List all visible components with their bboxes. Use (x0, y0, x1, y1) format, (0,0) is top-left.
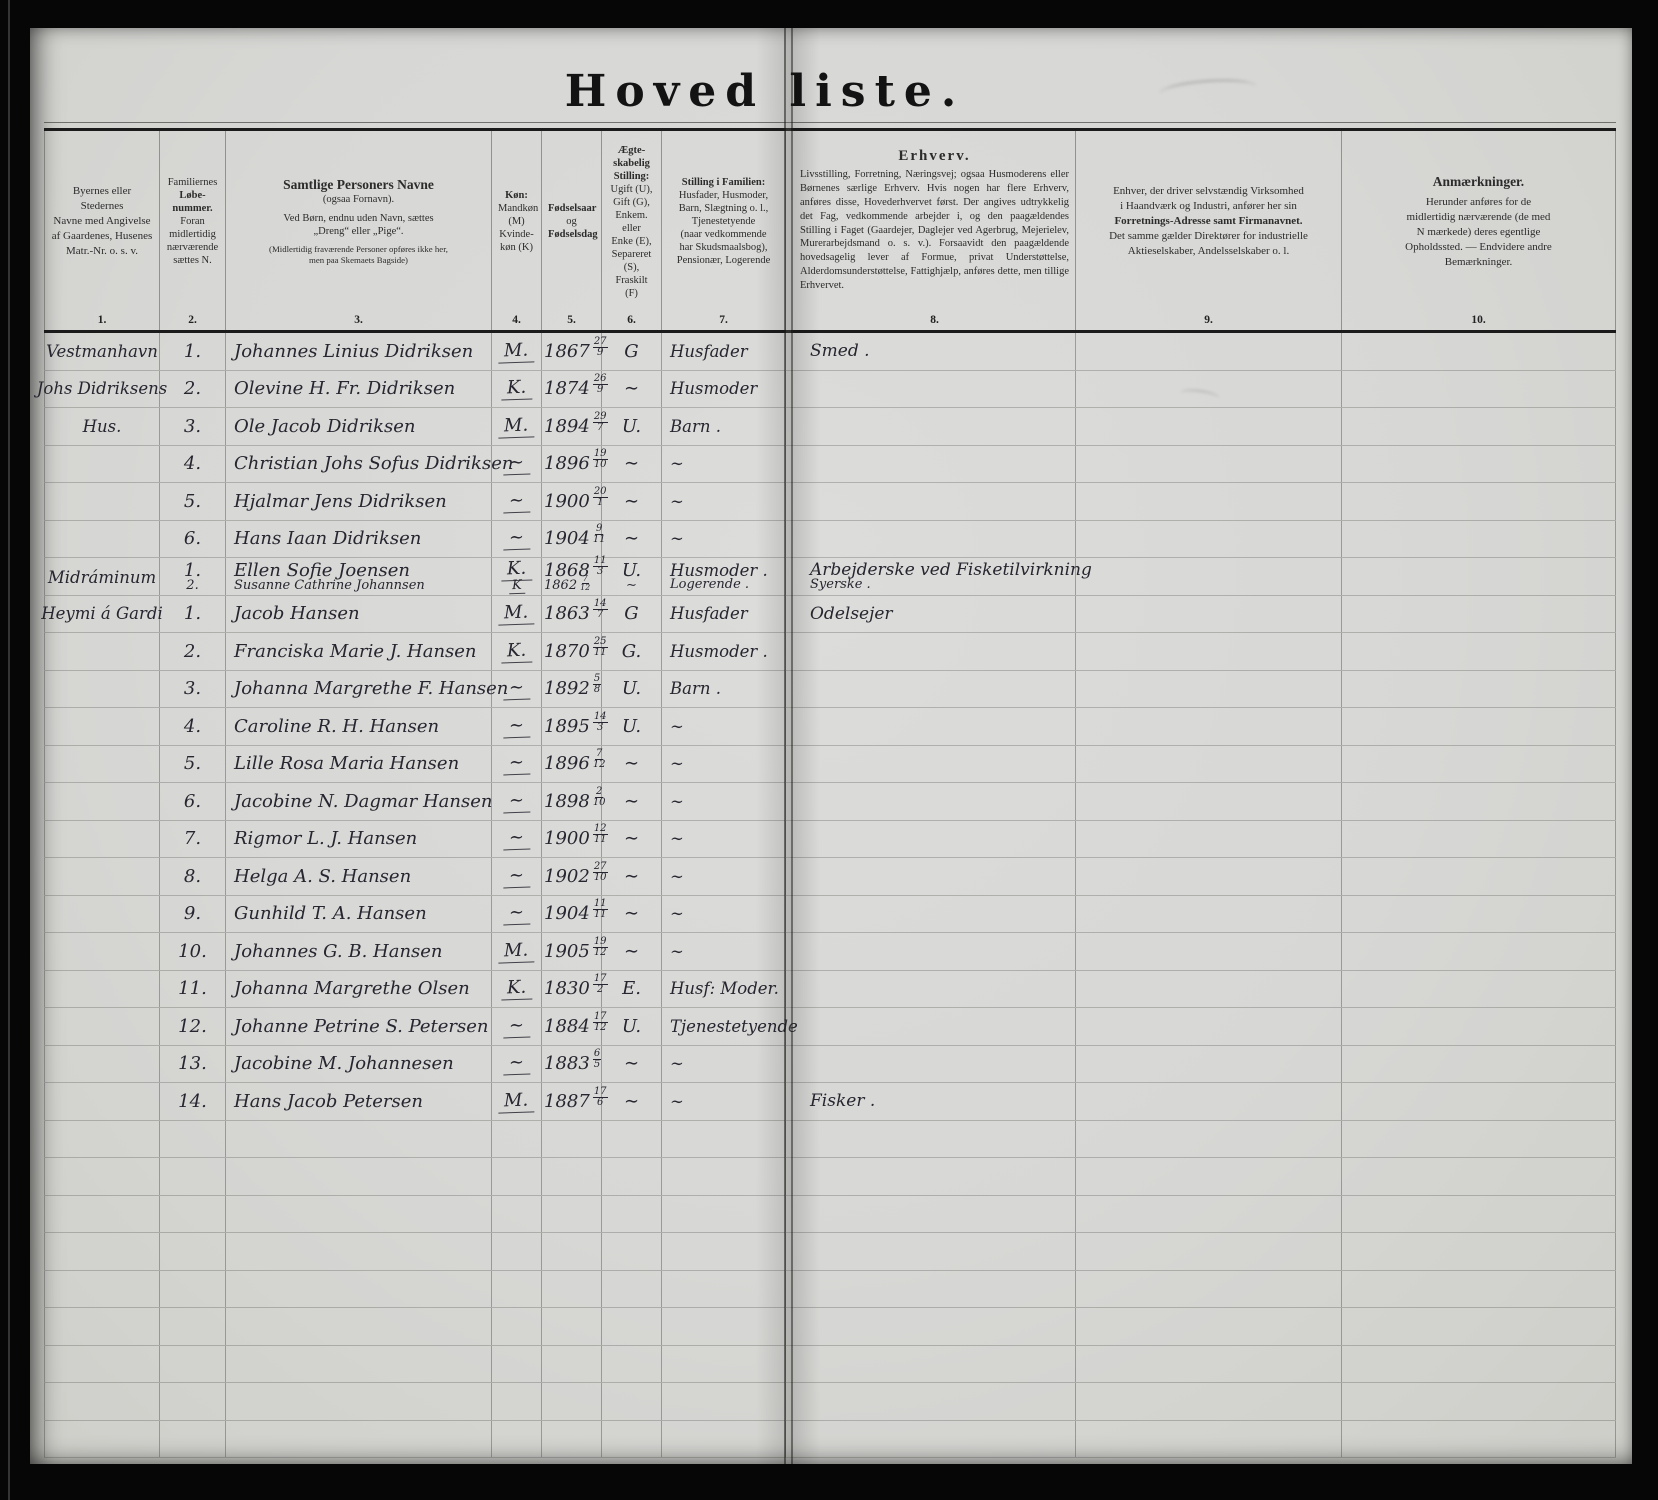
cell-c-9 (1076, 708, 1342, 745)
table-row (44, 1271, 1616, 1309)
hw-birth: 189258 (542, 678, 601, 699)
hw-name: Franciska Marie J. Hansen (226, 641, 491, 662)
table-row: 13.Jacobine M. Johannesen∼188365∼∼ (44, 1046, 1616, 1084)
cell-c-9 (1076, 408, 1342, 445)
hw-sex: ∼ (492, 527, 541, 550)
cell-occupation: Arbejderske ved FisketilvirkningSyerske … (794, 558, 1076, 595)
cell-family: Husmoder . (662, 633, 786, 670)
page-fold (786, 1383, 794, 1420)
column-header-text: FamiliernesLøbe-nummer.Foranmidlertidign… (166, 176, 219, 267)
header-line: Enke (E), (608, 235, 655, 248)
column-number: 7. (662, 314, 785, 326)
cell-name (226, 1383, 492, 1420)
column-header-3: Samtlige Personers Navne(ogsaa Fornavn).… (226, 131, 492, 330)
cell-c-10 (1342, 521, 1616, 558)
cell-num (160, 1196, 226, 1233)
cell-sex: M. (492, 333, 542, 370)
cell-c-9 (1076, 333, 1342, 370)
hw-name: Jacob Hansen (226, 603, 491, 624)
hw-birth: 1898210 (542, 791, 601, 812)
table-row: 4.Caroline R. H. Hansen∼1895143U.∼ (44, 708, 1616, 746)
header-line: Ugift (U), (608, 183, 655, 196)
cell-sex: ∼ (492, 783, 542, 820)
cell-occupation (794, 783, 1076, 820)
page-fold (786, 971, 794, 1008)
column-number: 1. (45, 314, 159, 326)
cell-occupation (794, 483, 1076, 520)
table-row: 8.Helga A. S. Hansen∼19022710∼∼ (44, 858, 1616, 896)
column-number: 9. (1076, 314, 1341, 326)
cell-place (44, 896, 160, 933)
header-line: „Dreng“ eller „Pige“. (232, 225, 485, 238)
table-row: 6.Jacobine N. Dagmar Hansen∼1898210∼∼ (44, 783, 1616, 821)
cell-marital: U.∼ (602, 558, 662, 595)
table-row (44, 1346, 1616, 1384)
cell-marital (602, 1233, 662, 1270)
page-fold (786, 1158, 794, 1195)
header-line: (M) (498, 215, 535, 228)
cell-c-9 (1076, 596, 1342, 633)
cell-birth (542, 1158, 602, 1195)
cell-c-9 (1076, 821, 1342, 858)
hw-sex: M. (492, 1090, 541, 1113)
cell-birth (542, 1421, 602, 1458)
cell-occupation (794, 521, 1076, 558)
hw-marital: ∼ (602, 753, 661, 774)
hw-family: ∼ (662, 1092, 785, 1111)
cell-occupation (794, 446, 1076, 483)
cell-family (662, 1121, 786, 1158)
header-line: Aktieselskaber, Andelsselskaber o. l. (1082, 244, 1335, 259)
page-fold (786, 1271, 794, 1308)
cell-sex: ∼ (492, 483, 542, 520)
hw-name: Johanne Petrine S. Petersen (226, 1016, 491, 1037)
hw-family: Husmoder . (662, 642, 785, 661)
table-body: Vestmanhavn1.Johannes Linius DidriksenM.… (44, 333, 1616, 1458)
cell-birth: 1900201 (542, 483, 602, 520)
page-fold (786, 1083, 794, 1120)
hw-marital: U. (602, 1016, 661, 1037)
column-header-7: Stilling i Familien:Husfader, Husmoder,B… (662, 131, 786, 330)
header-line: (ogsaa Fornavn). (232, 193, 485, 206)
cell-c-9 (1076, 1383, 1342, 1420)
cell-name: Jacobine M. Johannesen (226, 1046, 492, 1083)
cell-place: Vestmanhavn (44, 333, 160, 370)
cell-marital: ∼ (602, 521, 662, 558)
hw-family: ∼ (662, 829, 785, 848)
hw-family: ∼ (662, 717, 785, 736)
hw-sex: M. (492, 602, 541, 625)
page-fold (786, 633, 794, 670)
hw-num: 2. (160, 641, 225, 662)
hw-family: ∼ (662, 867, 785, 886)
hw-family: Husmoder (662, 379, 785, 398)
hw-birth: 1895143 (542, 716, 601, 737)
column-header-text: Samtlige Personers Navne(ogsaa Fornavn).… (232, 178, 485, 265)
cell-birth: 1830172 (542, 971, 602, 1008)
cell-sex (492, 1196, 542, 1233)
column-header-2: FamiliernesLøbe-nummer.Foranmidlertidign… (160, 131, 226, 330)
cell-place: Hus. (44, 408, 160, 445)
hw-name: Jacobine N. Dagmar Hansen (226, 791, 491, 812)
column-header-1: Byernes eller StedernesNavne med Angivel… (44, 131, 160, 330)
cell-family (662, 1271, 786, 1308)
hw-marital: ∼ (602, 1053, 661, 1074)
cell-num: 9. (160, 896, 226, 933)
cell-name: Gunhild T. A. Hansen (226, 896, 492, 933)
cell-name (226, 1271, 492, 1308)
cell-occupation (794, 1308, 1076, 1345)
hw-birth: 18961910 (542, 453, 601, 474)
cell-place (44, 933, 160, 970)
hw-num: 5. (160, 753, 225, 774)
header-line: midlertidig (166, 228, 219, 241)
header-line: Tjenestetyende (668, 215, 779, 228)
table-row: 7.Rigmor L. J. Hansen∼19001211∼∼ (44, 821, 1616, 859)
cell-c-9 (1076, 1346, 1342, 1383)
hw-num: 4. (160, 716, 225, 737)
cell-num: 3. (160, 408, 226, 445)
cell-marital (602, 1383, 662, 1420)
hw-birth: 1863147 (542, 603, 601, 624)
hw-sex: ∼ (492, 677, 541, 700)
hw-sex: ∼ (492, 752, 541, 775)
hw-name: Jacobine M. Johannesen (226, 1053, 491, 1074)
hw-name: Ole Jacob Didriksen (226, 416, 491, 437)
cell-marital: G (602, 333, 662, 370)
cell-name (226, 1121, 492, 1158)
cell-marital (602, 1121, 662, 1158)
hw-marital: U. (602, 416, 661, 437)
cell-place (44, 446, 160, 483)
cell-name: Christian Johs Sofus Didriksen (226, 446, 492, 483)
cell-c-9 (1076, 1083, 1342, 1120)
cell-occupation (794, 858, 1076, 895)
cell-birth (542, 1383, 602, 1420)
column-header-9: Enhver, der driver selvstændig Virksomhe… (1076, 131, 1342, 330)
cell-marital: E. (602, 971, 662, 1008)
cell-marital (602, 1196, 662, 1233)
header-line: Enkem. eller (608, 209, 655, 235)
header-line: Ved Børn, endnu uden Navn, sættes (232, 212, 485, 225)
table-row: 10.Johannes G. B. HansenM.19051912∼∼ (44, 933, 1616, 971)
hw-sex: ∼ (492, 790, 541, 813)
table-row (44, 1158, 1616, 1196)
hw-family: ∼ (662, 904, 785, 923)
cell-family: Husmoder (662, 371, 786, 408)
table-row: Vestmanhavn1.Johannes Linius DidriksenM.… (44, 333, 1616, 371)
table-row (44, 1121, 1616, 1159)
cell-c-9 (1076, 671, 1342, 708)
cell-num: 1. (160, 596, 226, 633)
hw-sex: K. (492, 377, 541, 400)
cell-place (44, 633, 160, 670)
cell-family: Husf: Moder. (662, 971, 786, 1008)
table-row: 5.Lille Rosa Maria Hansen∼1896712∼∼ (44, 746, 1616, 784)
header-line: Det samme gælder Direktører for industri… (1082, 229, 1335, 244)
hw-family: Husf: Moder. (662, 979, 785, 998)
table-row: Heymi á Gardi1.Jacob HansenM.1863147GHus… (44, 596, 1616, 634)
cell-family: ∼ (662, 746, 786, 783)
cell-birth (542, 1233, 602, 1270)
cell-occupation (794, 1233, 1076, 1270)
cell-num: 6. (160, 783, 226, 820)
header-line: nærværende (166, 241, 219, 254)
cell-family: ∼ (662, 821, 786, 858)
page-fold (786, 483, 794, 520)
header-line: Byernes eller Stedernes (51, 184, 153, 214)
hw-birth: 1867279 (542, 341, 601, 362)
hw-place: Johs Didriksens (45, 379, 159, 398)
table-row (44, 1421, 1616, 1459)
hw-birth: 19001211 (542, 828, 601, 849)
hw-name: Lille Rosa Maria Hansen (226, 753, 491, 774)
hw-name: Hans Iaan Didriksen (226, 528, 491, 549)
cell-sex: K. (492, 971, 542, 1008)
cell-place: Heymi á Gardi (44, 596, 160, 633)
cell-occupation (794, 933, 1076, 970)
cell-c-10 (1342, 858, 1616, 895)
scanner-edge (8, 0, 10, 1500)
cell-occupation (794, 671, 1076, 708)
cell-c-10 (1342, 1083, 1616, 1120)
hw-family: ∼ (662, 529, 785, 548)
cell-family: ∼ (662, 708, 786, 745)
cell-occupation (794, 408, 1076, 445)
cell-num (160, 1383, 226, 1420)
cell-name: Johanna Margrethe Olsen (226, 971, 492, 1008)
cell-family (662, 1233, 786, 1270)
hw-num: 7. (160, 828, 225, 849)
cell-name: Ellen Sofie JoensenSusanne Cathrine Joha… (226, 558, 492, 595)
cell-name: Johanne Petrine S. Petersen (226, 1008, 492, 1045)
page-fold (786, 1346, 794, 1383)
cell-c-10 (1342, 371, 1616, 408)
hw-name: Caroline R. H. Hansen (226, 716, 491, 737)
hw-birth: 19022710 (542, 866, 601, 887)
header-line: Familiernes (166, 176, 219, 189)
cell-num: 3. (160, 671, 226, 708)
cell-birth (542, 1121, 602, 1158)
header-line: nummer. (166, 202, 219, 215)
cell-sex (492, 1233, 542, 1270)
table-row (44, 1383, 1616, 1421)
cell-birth (542, 1196, 602, 1233)
header-line: (Midlertidig fraværende Personer opføres… (232, 244, 485, 255)
column-header-10: Anmærkninger.Herunder anføres for demidl… (1342, 131, 1616, 330)
cell-num: 5. (160, 746, 226, 783)
cell-num (160, 1158, 226, 1195)
cell-place (44, 708, 160, 745)
cell-marital (602, 1271, 662, 1308)
cell-place: Johs Didriksens (44, 371, 160, 408)
column-number: 2. (160, 314, 225, 326)
cell-num: 4. (160, 708, 226, 745)
hw-family: Barn . (662, 679, 785, 698)
hw-marital: ∼ (602, 828, 661, 849)
header-line: midlertidig nærværende (de med (1348, 210, 1609, 225)
hw-family: Logerende . (662, 577, 785, 592)
header-line: Kvinde- (498, 228, 535, 241)
column-header-6: Ægte-skabeligStilling:Ugift (U),Gift (G)… (602, 131, 662, 330)
table-row: 3.Johanna Margrethe F. Hansen∼189258U.Ba… (44, 671, 1616, 709)
cell-name (226, 1308, 492, 1345)
cell-marital: ∼ (602, 371, 662, 408)
cell-marital: ∼ (602, 783, 662, 820)
hw-marital: G (602, 603, 661, 624)
cell-c-9 (1076, 1421, 1342, 1458)
hw-num: 1. (160, 341, 225, 362)
hw-birth: 1887176 (542, 1091, 601, 1112)
table-row: Hus.3.Ole Jacob DidriksenM.1894297U.Barn… (44, 408, 1616, 446)
header-line: Enhver, der driver selvstændig Virksomhe… (1082, 184, 1335, 199)
cell-c-10 (1342, 1308, 1616, 1345)
cell-c-10 (1342, 446, 1616, 483)
cell-family: Husmoder .Logerende . (662, 558, 786, 595)
cell-c-9 (1076, 446, 1342, 483)
hw-name: Johanna Margrethe F. Hansen (226, 678, 491, 699)
cell-marital: ∼ (602, 1046, 662, 1083)
cell-marital: ∼ (602, 746, 662, 783)
cell-marital: U. (602, 671, 662, 708)
hw-num: 2. (160, 578, 225, 593)
header-line: Herunder anføres for de (1348, 195, 1609, 210)
cell-occupation (794, 633, 1076, 670)
cell-family: ∼ (662, 1083, 786, 1120)
cell-family: ∼ (662, 896, 786, 933)
cell-birth: 19041111 (542, 896, 602, 933)
hw-num: 8. (160, 866, 225, 887)
hw-sex: K. (492, 977, 541, 1000)
hw-occupation: Fisker . (794, 1091, 1075, 1111)
hw-sex: M. (492, 340, 541, 363)
cell-birth: 1895143 (542, 708, 602, 745)
hw-marital: ∼ (602, 378, 661, 399)
cell-sex: ∼ (492, 708, 542, 745)
cell-name: Franciska Marie J. Hansen (226, 633, 492, 670)
cell-c-10 (1342, 1233, 1616, 1270)
page-fold (786, 1008, 794, 1045)
hw-birth: 1904911 (542, 528, 601, 549)
cell-marital: ∼ (602, 446, 662, 483)
cell-place (44, 671, 160, 708)
hw-birth: 1830172 (542, 978, 601, 999)
page-fold (786, 558, 794, 595)
cell-c-10 (1342, 671, 1616, 708)
cell-num: 1.2. (160, 558, 226, 595)
cell-birth: 18702511 (542, 633, 602, 670)
cell-place (44, 1271, 160, 1308)
hw-name: Johannes G. B. Hansen (226, 941, 491, 962)
cell-birth: 19051912 (542, 933, 602, 970)
header-line: N mærkede) deres egentlige (1348, 225, 1609, 240)
hw-birth: 1894297 (542, 416, 601, 437)
page-fold (786, 783, 794, 820)
hw-num: 6. (160, 528, 225, 549)
page-fold (786, 1308, 794, 1345)
cell-c-9 (1076, 1008, 1342, 1045)
table-row: 9.Gunhild T. A. Hansen∼19041111∼∼ (44, 896, 1616, 934)
hw-name: Johanna Margrethe Olsen (226, 978, 491, 999)
page-fold (786, 446, 794, 483)
hw-sex: ∼ (492, 902, 541, 925)
cell-sex: K. (492, 371, 542, 408)
cell-marital: ∼ (602, 1083, 662, 1120)
cell-birth: 1874269 (542, 371, 602, 408)
hw-num: 5. (160, 491, 225, 512)
cell-c-10 (1342, 596, 1616, 633)
column-header-text: FødselsaarogFødselsdag (548, 202, 595, 241)
cell-marital: U. (602, 408, 662, 445)
hw-name: Hans Jacob Petersen (226, 1091, 491, 1112)
cell-place (44, 858, 160, 895)
cell-sex: M. (492, 408, 542, 445)
hw-birth: 1896712 (542, 753, 601, 774)
cell-birth: 1863147 (542, 596, 602, 633)
hw-name: Johannes Linius Didriksen (226, 341, 491, 362)
cell-occupation: Smed . (794, 333, 1076, 370)
page-fold (786, 746, 794, 783)
cell-c-10 (1342, 783, 1616, 820)
cell-birth: 1898210 (542, 783, 602, 820)
cell-occupation (794, 1008, 1076, 1045)
cell-c-10 (1342, 1121, 1616, 1158)
hw-num: 3. (160, 678, 225, 699)
cell-birth (542, 1271, 602, 1308)
cell-marital (602, 1346, 662, 1383)
cell-place (44, 1196, 160, 1233)
header-line: (naar vedkommende (668, 228, 779, 241)
cell-c-9 (1076, 1196, 1342, 1233)
cell-family: ∼ (662, 483, 786, 520)
cell-birth: 1894297 (542, 408, 602, 445)
cell-family: Husfader (662, 333, 786, 370)
cell-occupation (794, 1196, 1076, 1233)
cell-occupation (794, 1346, 1076, 1383)
hw-num: 1. (160, 603, 225, 624)
cell-c-9 (1076, 1233, 1342, 1270)
hw-num: 3. (160, 416, 225, 437)
hw-num: 13. (160, 1053, 225, 1074)
cell-birth (542, 1308, 602, 1345)
header-line: Ægte- (608, 144, 655, 157)
cell-occupation (794, 821, 1076, 858)
cell-family: ∼ (662, 1046, 786, 1083)
cell-birth: 18681131862712 (542, 558, 602, 595)
hw-place: Hus. (45, 417, 159, 436)
column-header-text: Ægte-skabeligStilling:Ugift (U),Gift (G)… (608, 144, 655, 300)
hw-marital: ∼ (602, 866, 661, 887)
cell-name: Johannes G. B. Hansen (226, 933, 492, 970)
hw-marital: U. (602, 716, 661, 737)
hw-birth: 18702511 (542, 641, 601, 662)
cell-num: 5. (160, 483, 226, 520)
cell-c-9 (1076, 896, 1342, 933)
cell-c-10 (1342, 1046, 1616, 1083)
header-line: i Haandværk og Industri, anfører her sin (1082, 199, 1335, 214)
page-fold (786, 896, 794, 933)
cell-c-10 (1342, 408, 1616, 445)
hw-sex: ∼ (492, 715, 541, 738)
hw-sex: ∼ (492, 865, 541, 888)
cell-family (662, 1158, 786, 1195)
header-line: har Skudsmaalsbog), (668, 241, 779, 254)
cell-name: Lille Rosa Maria Hansen (226, 746, 492, 783)
cell-sex: M. (492, 596, 542, 633)
cell-c-10 (1342, 558, 1616, 595)
census-table: Byernes eller StedernesNavne med Angivel… (44, 128, 1616, 1458)
hw-sex: ∼ (492, 827, 541, 850)
